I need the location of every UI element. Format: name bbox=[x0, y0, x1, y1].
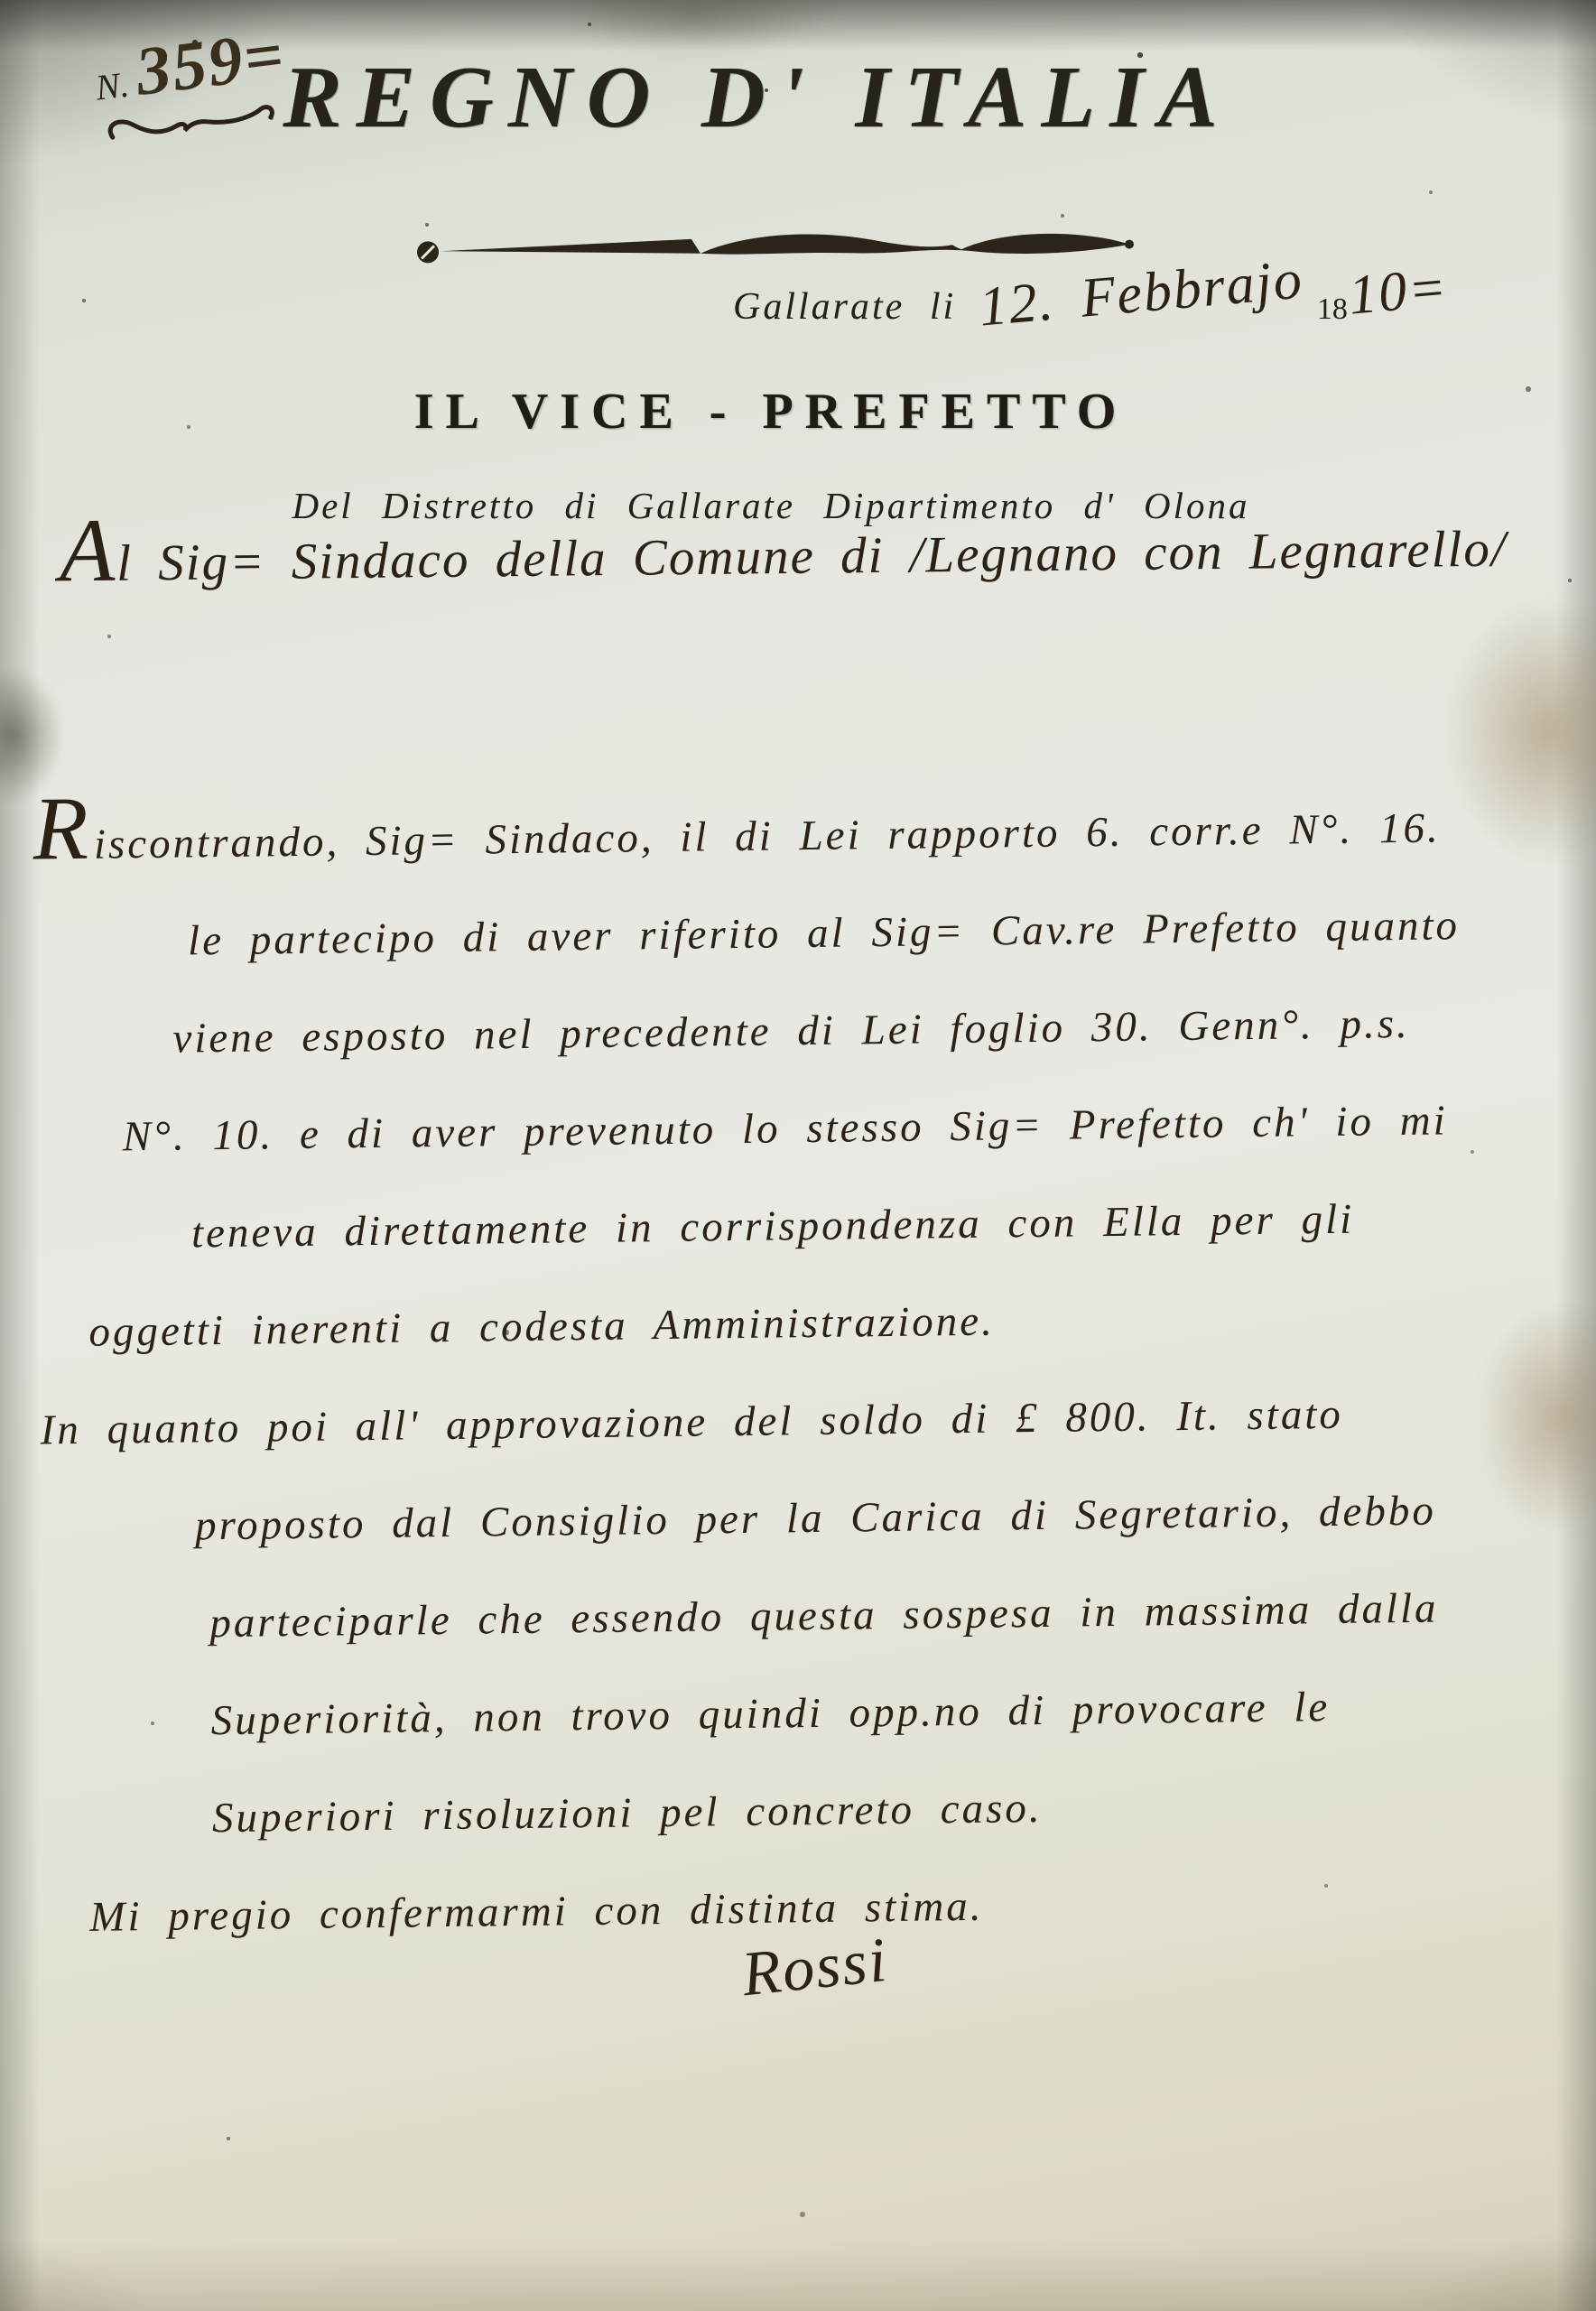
dateline: Gallarate li 12. Febbrajo 18 10= bbox=[733, 269, 1449, 333]
office-subtitle: Del Distretto di Gallarate Dipartimento … bbox=[0, 484, 1542, 527]
paper-stain bbox=[560, 0, 830, 54]
paper-specks bbox=[0, 0, 2, 2]
body-line: Riscontrando, Sig= Sindaco, il di Lei ra… bbox=[32, 778, 1581, 895]
body-line: parteciparle che essendo questa sospesa … bbox=[209, 1558, 1591, 1673]
letter-body: Riscontrando, Sig= Sindaco, il di Lei ra… bbox=[32, 778, 1594, 1967]
office-title: IL VICE - PREFETTO bbox=[0, 383, 1542, 441]
dateline-century: 18 bbox=[1317, 292, 1348, 327]
body-line: teneva direttamente in corrispondenza co… bbox=[190, 1168, 1585, 1283]
addressee-line: Al Sig= Sindaco della Comune di /Legnano… bbox=[60, 520, 1508, 594]
body-line: oggetti inerenti a codesta Amministrazio… bbox=[88, 1266, 1587, 1381]
dateline-year: 10= bbox=[1346, 255, 1451, 328]
dateline-place: Gallarate li bbox=[733, 285, 956, 329]
body-line: Superiorità, non trovo quindi opp.no di … bbox=[210, 1656, 1591, 1770]
divider-ornament-icon bbox=[415, 225, 1137, 273]
page-title: REGNO D' ITALIA bbox=[0, 47, 1515, 148]
body-line: proposto dal Consiglio per la Carica di … bbox=[194, 1461, 1589, 1575]
document-page: { "header": { "doc_number_label": "N.", … bbox=[0, 0, 1596, 2311]
signature: Rossi bbox=[738, 1925, 891, 2011]
body-line: In quanto poi all' approvazione del sold… bbox=[40, 1363, 1588, 1480]
body-line: le partecipo di aver riferito al Sig= Ca… bbox=[187, 876, 1582, 990]
body-line: viene esposto nel precedente di Lei fogl… bbox=[172, 973, 1583, 1088]
body-line: N°. 10. e di aver prevenuto lo stesso Si… bbox=[122, 1071, 1584, 1186]
body-line: Superiori risoluzioni pel concreto caso. bbox=[211, 1752, 1592, 1867]
